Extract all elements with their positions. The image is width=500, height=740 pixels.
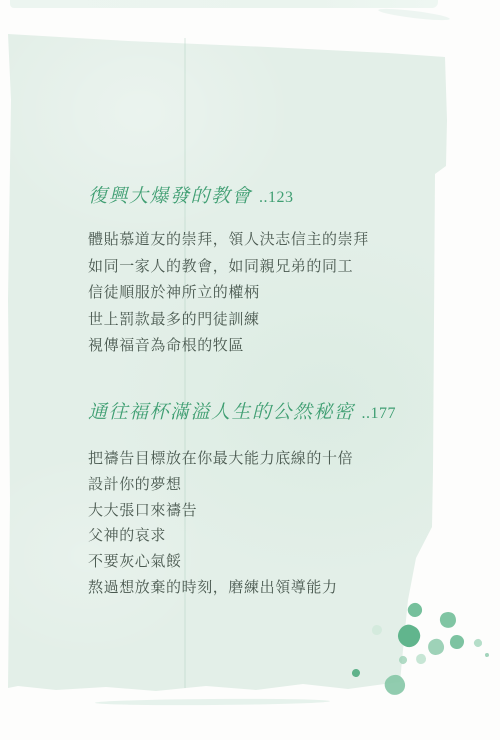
table-of-contents: 復興大爆發的教會..123 體貼慕道友的崇拜，領人決志信主的崇拜 如同一家人的教… (0, 0, 500, 740)
chapter-title-2: 通往福杯滿溢人生的公然秘密..177 (88, 397, 396, 424)
list-item: 設計你的夢想 (88, 473, 353, 499)
list-item: 視傳福音為命根的牧區 (88, 333, 369, 360)
list-item: 父神的哀求 (88, 524, 353, 550)
chapter-1-page-number: ..123 (259, 189, 294, 206)
list-item: 如同一家人的教會，如同親兄弟的同工 (88, 254, 369, 281)
chapter-title-1-text: 復興大爆發的教會 (88, 186, 252, 207)
scanned-page: 復興大爆發的教會..123 體貼慕道友的崇拜，領人決志信主的崇拜 如同一家人的教… (0, 0, 500, 740)
list-item: 大大張口來禱告 (88, 499, 353, 525)
list-item: 熬過想放棄的時刻，磨練出領導能力 (88, 576, 353, 602)
list-item: 世上罰款最多的門徒訓練 (88, 307, 369, 334)
list-item: 信徒順服於神所立的權柄 (88, 280, 369, 307)
chapter-2-subtopics: 把禱告目標放在你最大能力底線的十倍 設計你的夢想 大大張口來禱告 父神的哀求 不… (88, 447, 353, 602)
chapter-title-1: 復興大爆發的教會..123 (88, 181, 294, 208)
chapter-title-2-text: 通往福杯滿溢人生的公然秘密 (88, 402, 355, 423)
chapter-2-page-number: ..177 (362, 405, 397, 422)
chapter-1-subtopics: 體貼慕道友的崇拜，領人決志信主的崇拜 如同一家人的教會，如同親兄弟的同工 信徒順… (88, 227, 369, 360)
list-item: 體貼慕道友的崇拜，領人決志信主的崇拜 (88, 227, 369, 254)
list-item: 不要灰心氣餒 (88, 550, 353, 576)
list-item: 把禱告目標放在你最大能力底線的十倍 (88, 447, 353, 473)
